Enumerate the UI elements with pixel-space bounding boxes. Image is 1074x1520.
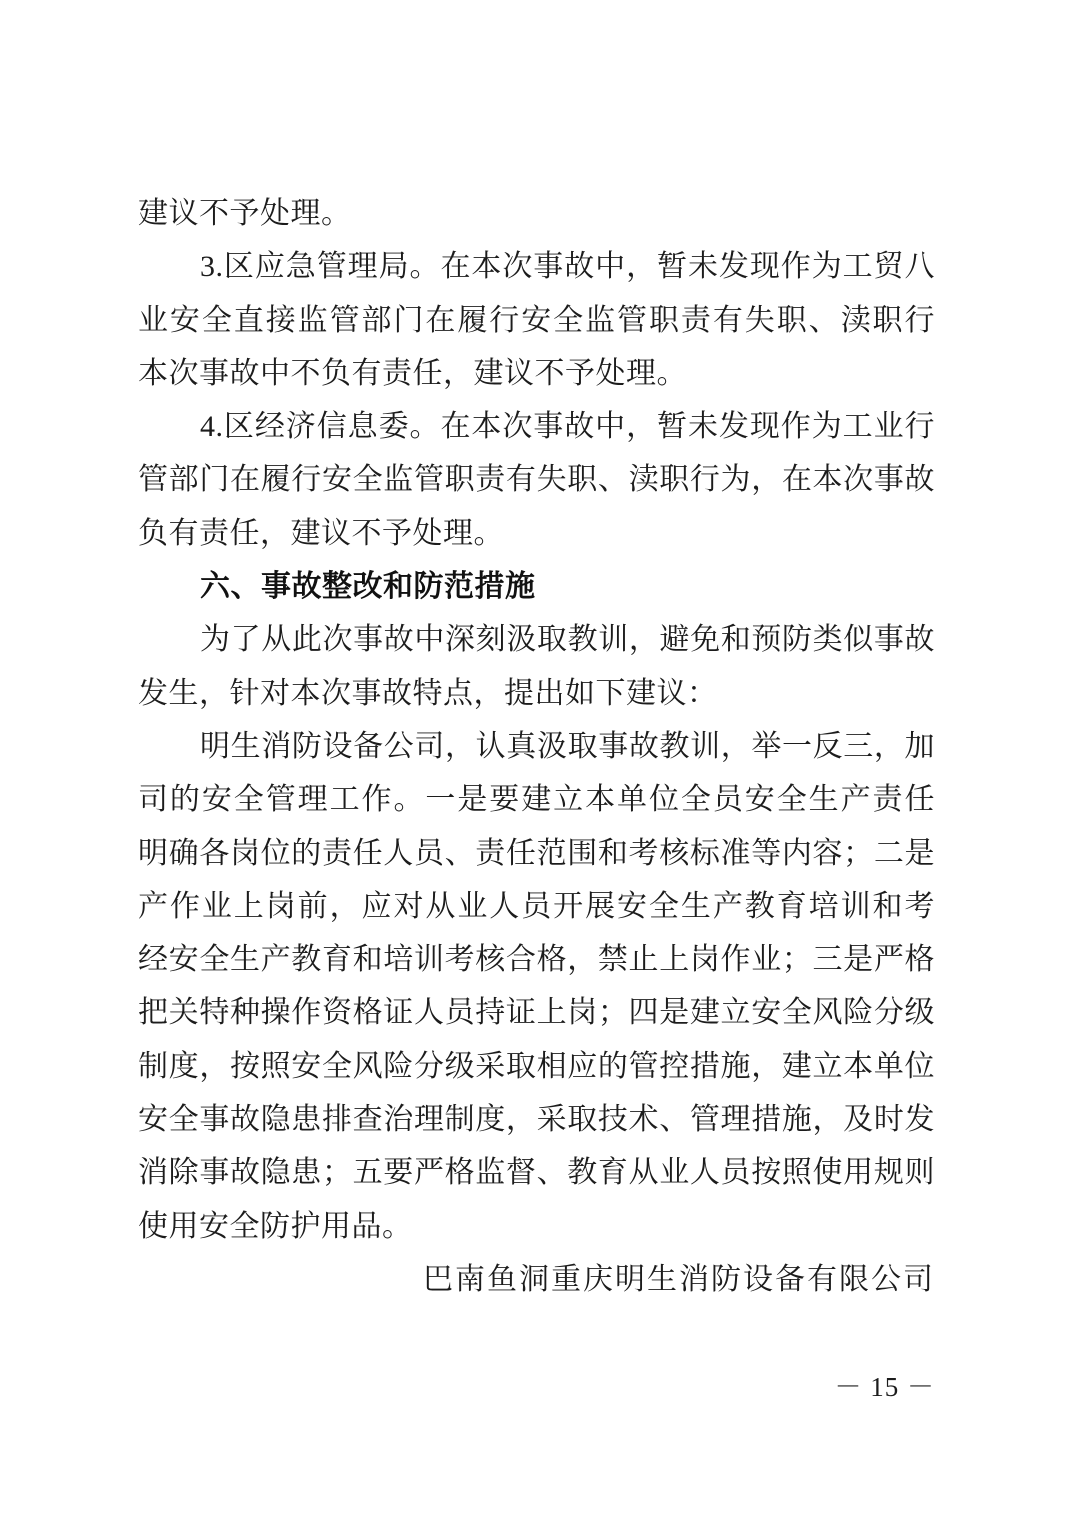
text-line: 经安全生产教育和培训考核合格，禁止上岗作业；三是严格审核 xyxy=(138,933,935,986)
text-line: 业安全直接监管部门在履行安全监管职责有失职、渎职行为，在 xyxy=(138,294,935,347)
signature-line: 巴南鱼洞重庆明生消防设备有限公司 xyxy=(138,1253,935,1306)
text-line: 本次事故中不负有责任，建议不予处理。 xyxy=(138,347,935,400)
text-line: 使用安全防护用品。 xyxy=(138,1200,935,1253)
text-line: 安全事故隐患排查治理制度，采取技术、管理措施，及时发现并 xyxy=(138,1093,935,1146)
text-line: 制度，按照安全风险分级采取相应的管控措施，建立本单位生产 xyxy=(138,1040,935,1093)
text-line: 明确各岗位的责任人员、责任范围和考核标准等内容；二是在生 xyxy=(138,827,935,880)
text-line: 负有责任，建议不予处理。 xyxy=(138,507,935,560)
text-line: 为了从此次事故中深刻汲取教训，避免和预防类似事故再次 xyxy=(138,613,935,666)
document-page: 建议不予处理。3.区应急管理局。在本次事故中，暂未发现作为工贸八大行业安全直接监… xyxy=(0,0,1074,1520)
text-line: 管部门在履行安全监管职责有失职、渎职行为，在本次事故中不 xyxy=(138,453,935,506)
text-line: 消除事故隐患；五要严格监督、教育从业人员按照使用规则佩戴、 xyxy=(138,1146,935,1199)
text-line: 发生，针对本次事故特点，提出如下建议： xyxy=(138,667,935,720)
text-line: 产作业上岗前，应对从业人员开展安全生产教育培训和考核，未 xyxy=(138,880,935,933)
document-body: 建议不予处理。3.区应急管理局。在本次事故中，暂未发现作为工贸八大行业安全直接监… xyxy=(138,187,935,1306)
text-line: 把关特种操作资格证人员持证上岗；四是建立安全风险分级管控 xyxy=(138,986,935,1039)
text-line: 司的安全管理工作。一是要建立本单位全员安全生产责任制，并 xyxy=(138,773,935,826)
text-line: 4.区经济信息委。在本次事故中，暂未发现作为工业行业主 xyxy=(138,400,935,453)
section-heading: 六、事故整改和防范措施 xyxy=(138,560,935,613)
text-line: 3.区应急管理局。在本次事故中，暂未发现作为工贸八大行 xyxy=(138,240,935,293)
page-number: － 15 － xyxy=(835,1372,936,1402)
text-line: 建议不予处理。 xyxy=(138,187,935,240)
text-line: 明生消防设备公司，认真汲取事故教训，举一反三，加强公 xyxy=(138,720,935,773)
